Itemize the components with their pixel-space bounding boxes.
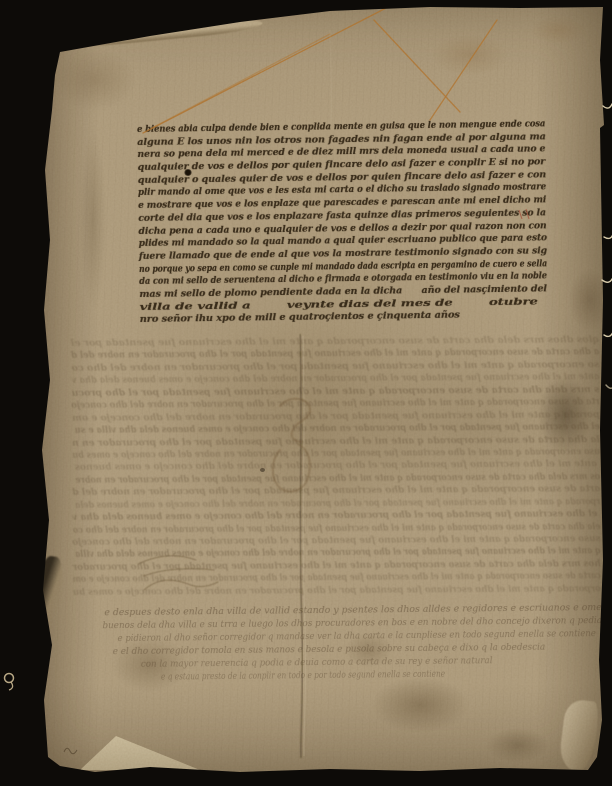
photo-frame: qlos dhos mrs dela dha carta de suso enc… <box>0 0 612 786</box>
parchment-grain-overlay <box>30 4 604 776</box>
parchment-page: qlos dhos mrs dela dha carta de suso enc… <box>30 4 604 776</box>
